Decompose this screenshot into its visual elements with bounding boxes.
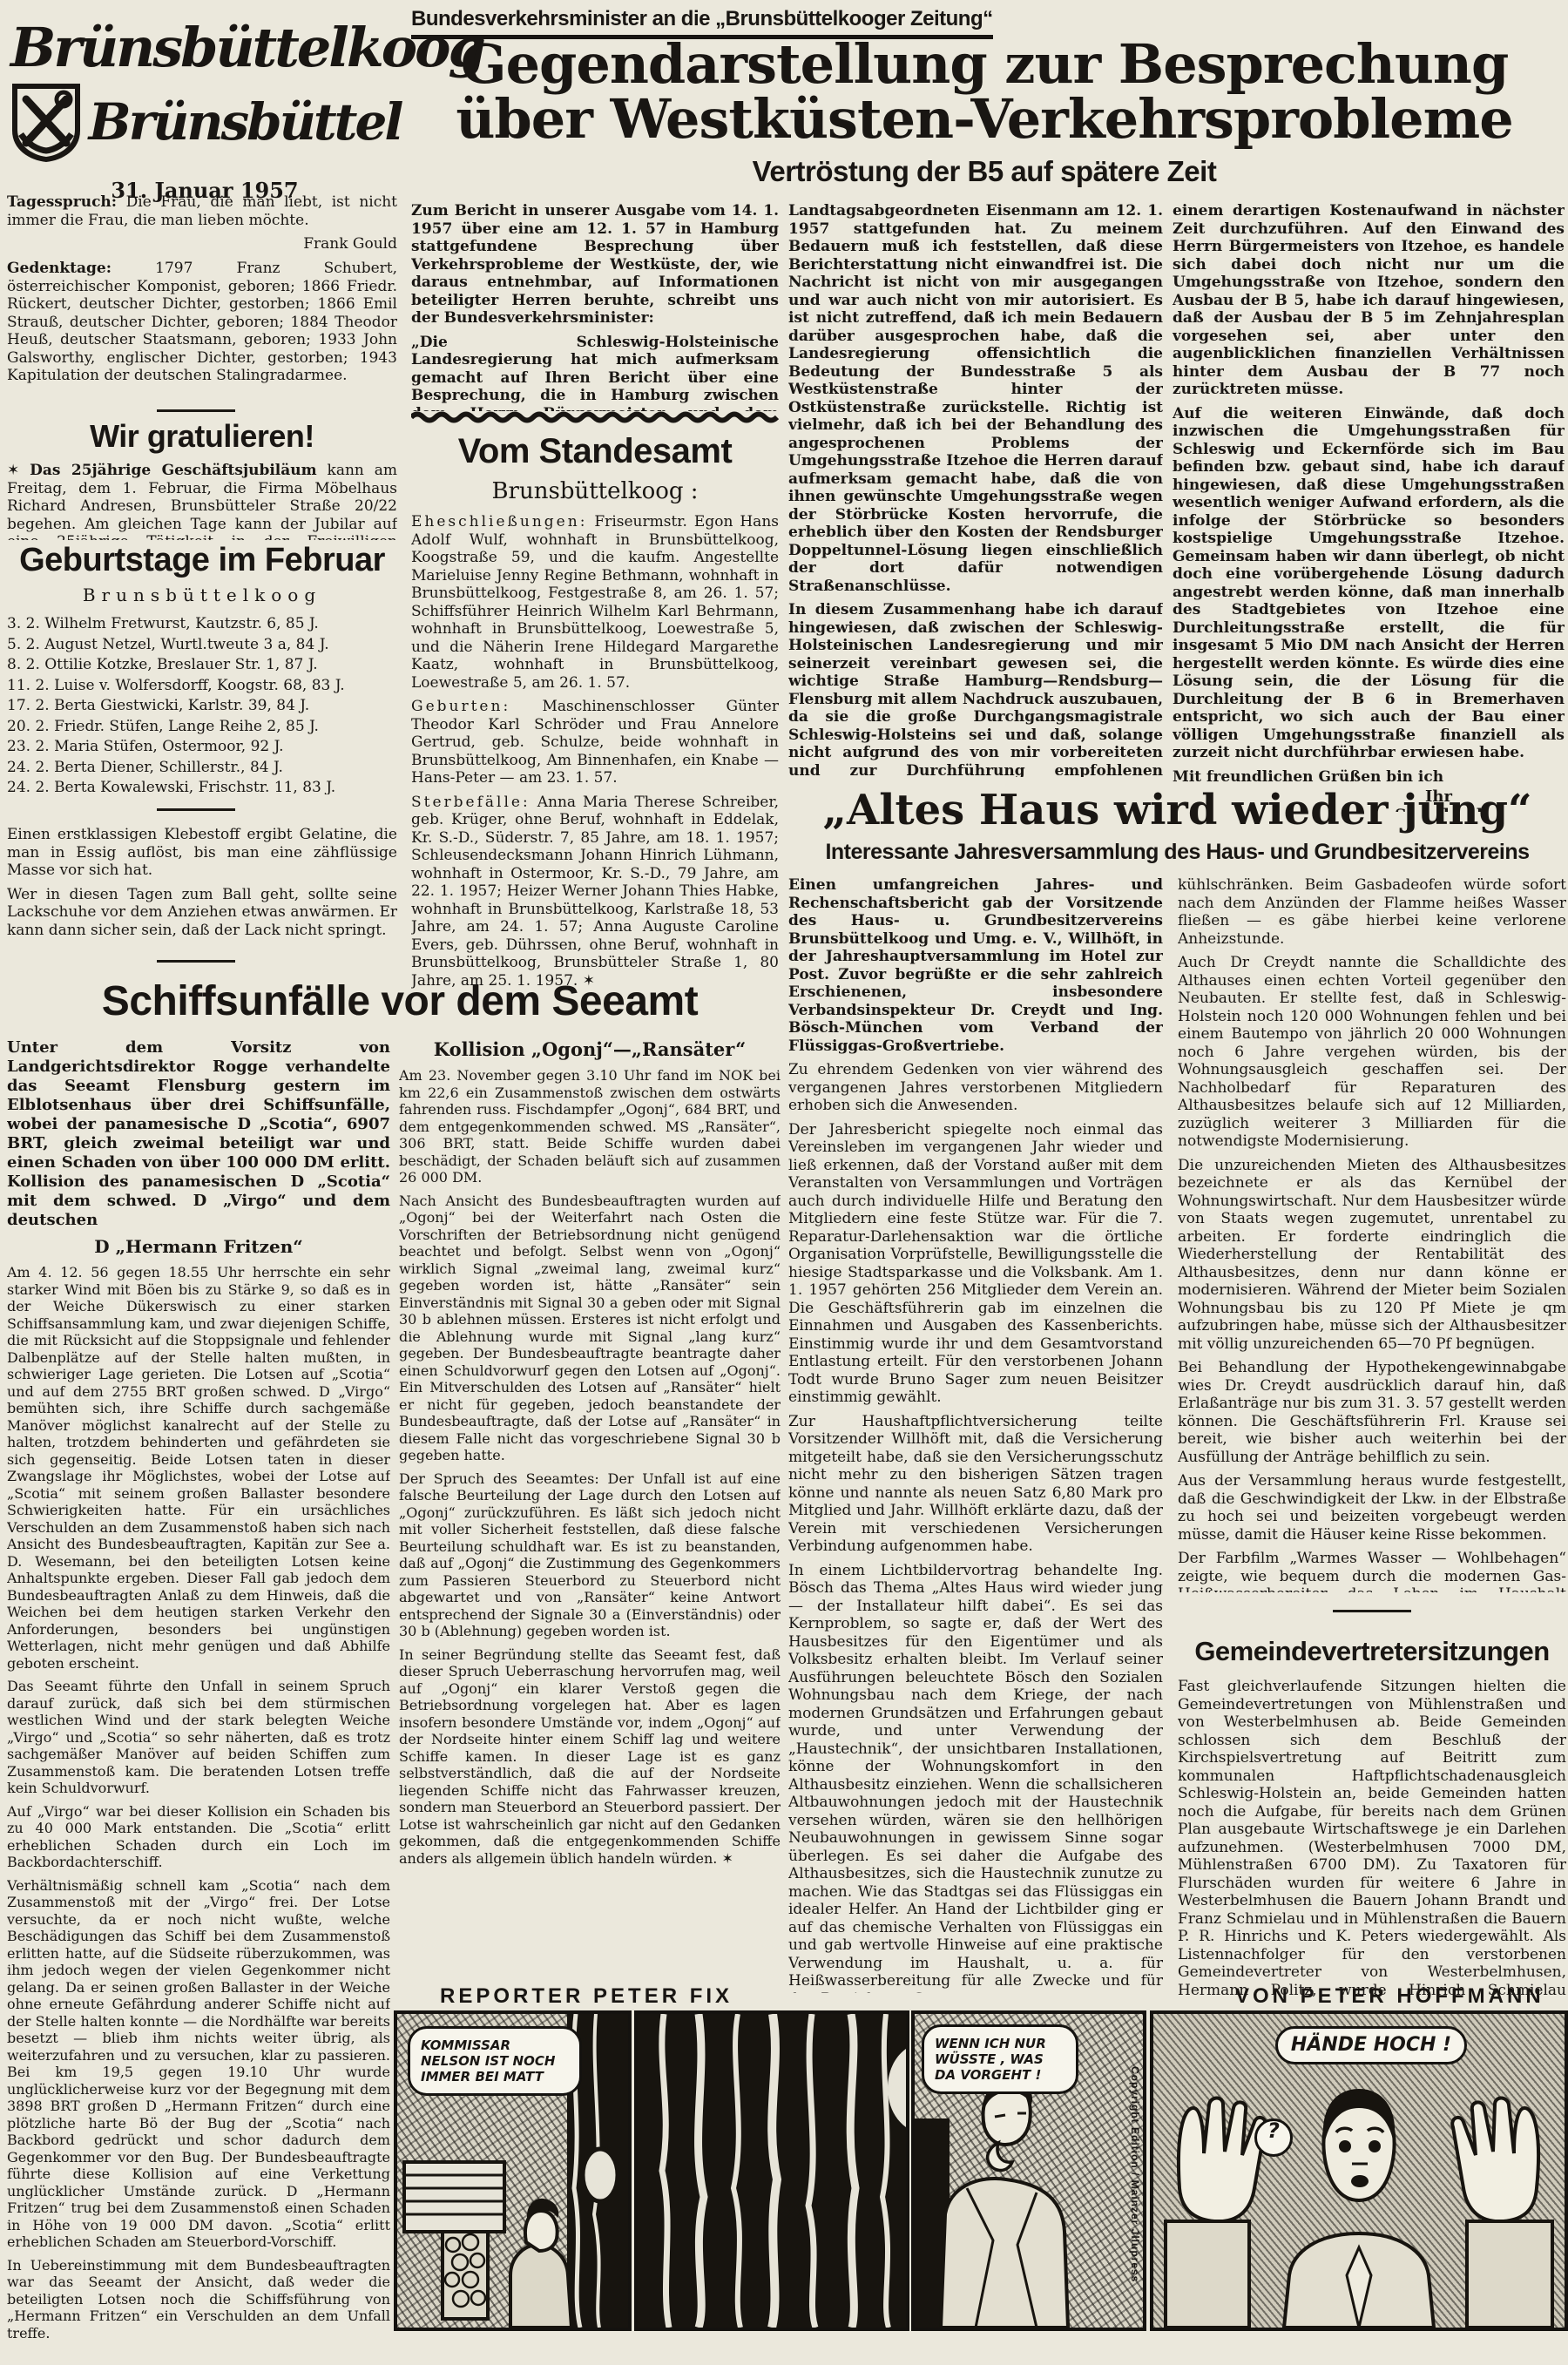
council-section: Gemeindevertretersitzungen Fast gleichve… [1178,1636,1566,1997]
paragraph: Bei Behandlung der Hypothekengewinnabgab… [1178,1359,1566,1466]
daily-motto-section: Tagesspruch: Die Frau, die man liebt, is… [7,193,397,407]
section-divider [157,960,235,963]
lead-article-col3: einem derartigen Kostenaufwand in nächst… [1173,202,1565,812]
comic-title-right: VON PETER HOFFMANN [1235,1984,1544,2009]
star-icon: ✶ [7,462,19,479]
paragraph: Aus der Versammlung heraus wurde festges… [1178,1472,1566,1544]
masthead-title-line2: Brünsbüttel [89,97,402,147]
city-crest-icon [9,80,84,164]
comic-panel-3: Wenn ich nur wüsste , was da vorgeht ! C… [911,2010,1146,2331]
registry-births: Geburten: Maschinenschlosser Günter Theo… [411,698,779,787]
tagesspruch-author: Frank Gould [7,235,397,253]
comic-panel-2 [634,2010,909,2331]
main-headline-line1: Gegendarstellung zur Besprechung [402,37,1566,91]
main-subhead: Vertröstung der B5 auf spätere Zeit [402,155,1566,188]
tip-glue: Einen erstklassigen Klebestoff ergibt Ge… [7,826,397,880]
comic-panel-2-art [638,2014,906,2328]
paragraph: Der Jahresbericht spiegelte noch einmal … [788,1121,1163,1407]
list-item: 20. 2. Friedr. Stüfen, Lange Reihe 2, 85… [7,717,397,738]
paragraph: Die unzureichenden Mieten des Althausbes… [1178,1157,1566,1354]
household-tips: Einen erstklassigen Klebestoff ergibt Ge… [7,826,397,956]
masthead-title-line1: Brünsbüttelkoog [10,21,399,75]
registry-marriages: Eheschließungen: Friseurmstr. Egon Hans … [411,513,779,692]
list-item: 23. 2. Maria Stüfen, Ostermoor, 92 J. [7,737,397,758]
list-item: 8. 2. Ottilie Kotzke, Breslauer Str. 1, … [7,655,397,676]
question-bubble: ? [1254,2118,1293,2157]
birthdays-section: Geburtstage im Februar Brunsbüttelkoog 3… [7,542,397,794]
tagesspruch-label: Tagesspruch: [7,193,117,211]
section-divider [1333,1610,1411,1612]
paragraph: Verhältnismäßig schnell kam „Scotia“ nac… [7,1877,390,2251]
main-headline-line2: über Westküsten-Verkehrsprobleme [402,91,1566,146]
paragraph: einem derartigen Kostenaufwand in nächst… [1173,202,1565,399]
lead-article-col1: Zum Bericht in unserer Ausgabe vom 14. 1… [411,202,779,411]
seeamt-col1: Unter dem Vorsitz von Landgerichtsdirekt… [7,1038,390,2359]
list-item: 24. 2. Berta Kowalewski, Frischstr. 11, … [7,778,397,794]
altes-haus-headline: „Altes Haus wird wieder jung“ [788,786,1566,835]
star-icon: ✶ [721,1850,733,1867]
wave-divider-icon [411,411,779,423]
seeamt-col2: Kollision „Ogonj“—„Ransäter“ Am 23. Nove… [399,1038,781,1984]
speech-bubble: Hände hoch ! [1275,2026,1467,2064]
paragraph: Das Seeamt führte den Unfall in seinem S… [7,1678,390,1797]
council-body: Fast gleichverlaufende Sitzungen hielten… [1178,1678,1566,1997]
congratulations-text: ✶ Das 25jährige Geschäftsjubiläum kann a… [7,462,397,540]
registry-place: Brunsbüttelkoog : [411,478,779,504]
paragraph: Der Spruch des Seeamtes: Der Unfall ist … [399,1470,781,1640]
birthday-list: 3. 2. Wilhelm Fretwurst, Kautzstr. 6, 85… [7,614,397,794]
paragraph: Auch Dr Creydt nannte die Schalldichte d… [1178,954,1566,1151]
paragraph: Der Farbfilm „Warmes Wasser — Wohlbehage… [1178,1550,1566,1592]
congratulations-title: Wir gratulieren! [7,418,397,455]
main-headline: Gegendarstellung zur Besprechung über We… [402,37,1566,146]
list-item: 11. 2. Luise v. Wolfersdorff, Koogstr. 6… [7,676,397,697]
council-title: Gemeindevertretersitzungen [1178,1636,1566,1667]
births-label: Geburten: [411,698,510,715]
paragraph: In einem Lichtbildervortrag behandelte I… [788,1562,1163,1994]
paragraph: kühlschränken. Beim Gasbadeofen würde so… [1178,876,1566,948]
list-item: 3. 2. Wilhelm Fretwurst, Kautzstr. 6, 85… [7,614,397,635]
paragraph: Landtagsabgeordneten Eisenmann am 12. 1.… [788,202,1163,595]
seeamt-subhead-fritzen: D „Hermann Fritzen“ [7,1236,390,1257]
birthdays-subtitle: Brunsbüttelkoog [7,584,397,605]
paragraph: Am 4. 12. 56 gegen 18.55 Uhr herrschte e… [7,1264,390,1672]
paragraph: Nach Ansicht des Bundesbeauftragten wurd… [399,1193,781,1464]
masthead: Brünsbüttelkoog Brünsbüttel 31. Januar 1… [10,21,399,203]
paragraph: Zu ehrendem Gedenken von vier während de… [788,1061,1163,1115]
paragraph: In seiner Begründung stellte das Seeamt … [399,1646,781,1868]
birthdays-title: Geburtstage im Februar [7,542,397,579]
list-item: 24. 2. Berta Diener, Schillerstr., 84 J. [7,758,397,779]
gedenktage: Gedenktage: 1797 Franz Schubert, österre… [7,260,397,385]
comic-title-left: REPORTER PETER FIX [440,1984,733,2009]
seeamt-subhead-ogonj: Kollision „Ogonj“—„Ransäter“ [399,1038,781,1060]
speech-bubble: Wenn ich nur wüsste , was da vorgeht ! [922,2024,1078,2094]
congratulations-section: Wir gratulieren! ✶ Das 25jährige Geschäf… [7,418,397,540]
registry-title: Vom Standesamt [411,432,779,471]
comic-panel-1: Kommissar Nelson ist noch immer bei Matt [394,2010,632,2331]
section-divider [157,808,235,811]
paragraph: Einen umfangreichen Jahres- und Rechensc… [788,876,1163,1055]
paragraph: Am 23. November gegen 3.10 Uhr fand im N… [399,1067,781,1186]
comic-copyright: Copyright Edition / Mainzer Jllupress [1129,2066,1141,2319]
registry-office-section: Vom Standesamt Brunsbüttelkoog : Eheschl… [411,432,779,1009]
paragraph: „Die Schleswig-Holsteinische Landesregie… [411,334,779,412]
list-item: 5. 2. August Netzel, Wurtl.tweute 3 a, 8… [7,635,397,656]
section-divider [157,409,235,412]
marriages-label: Eheschließungen: [411,513,587,530]
paragraph: Auf die weiteren Einwände, daß doch inzw… [1173,405,1565,762]
altes-haus-subhead: Interessante Jahresversammlung des Haus-… [788,840,1566,865]
tip-shoes: Wer in diesen Tagen zum Ball geht, sollt… [7,886,397,940]
seeamt-lead: Unter dem Vorsitz von Landgerichtsdirekt… [7,1038,390,1230]
registry-deaths: Sterbefälle: Anna Maria Therese Schreibe… [411,794,779,990]
newspaper-page: { "colors": {"paper": "#ebe8dc", "ink": … [0,0,1568,2365]
gedenktage-label: Gedenktage: [7,260,112,277]
comic-panel-4: Hände hoch ! ? [1150,2010,1568,2331]
paragraph: Zum Bericht in unserer Ausgabe vom 14. 1… [411,202,779,328]
altes-haus-col2: kühlschränken. Beim Gasbadeofen würde so… [1178,876,1566,1592]
speech-bubble: Kommissar Nelson ist noch immer bei Matt [408,2026,582,2096]
letter-closing: Mit freundlichen Grüßen bin ich [1173,768,1565,787]
tagesspruch: Tagesspruch: Die Frau, die man liebt, is… [7,193,397,229]
paragraph: In Uebereinstimmung mit dem Bundesbeauft… [7,2257,390,2342]
paragraph: Zur Haushaftpflichtversicherung teilte V… [788,1413,1163,1556]
deaths-label: Sterbefälle: [411,794,531,811]
list-item: 17. 2. Berta Giestwicki, Karlstr. 39, 84… [7,696,397,717]
altes-haus-col1: Einen umfangreichen Jahres- und Rechensc… [788,876,1163,1993]
lead-article-col2: Landtagsabgeordneten Eisenmann am 12. 1.… [788,202,1163,777]
seeamt-headline: Schiffsunfälle vor dem Seeamt [17,977,782,1025]
paragraph: Auf „Virgo“ war bei dieser Kollision ein… [7,1803,390,1871]
paragraph: In diesem Zusammenhang habe ich darauf h… [788,601,1163,777]
